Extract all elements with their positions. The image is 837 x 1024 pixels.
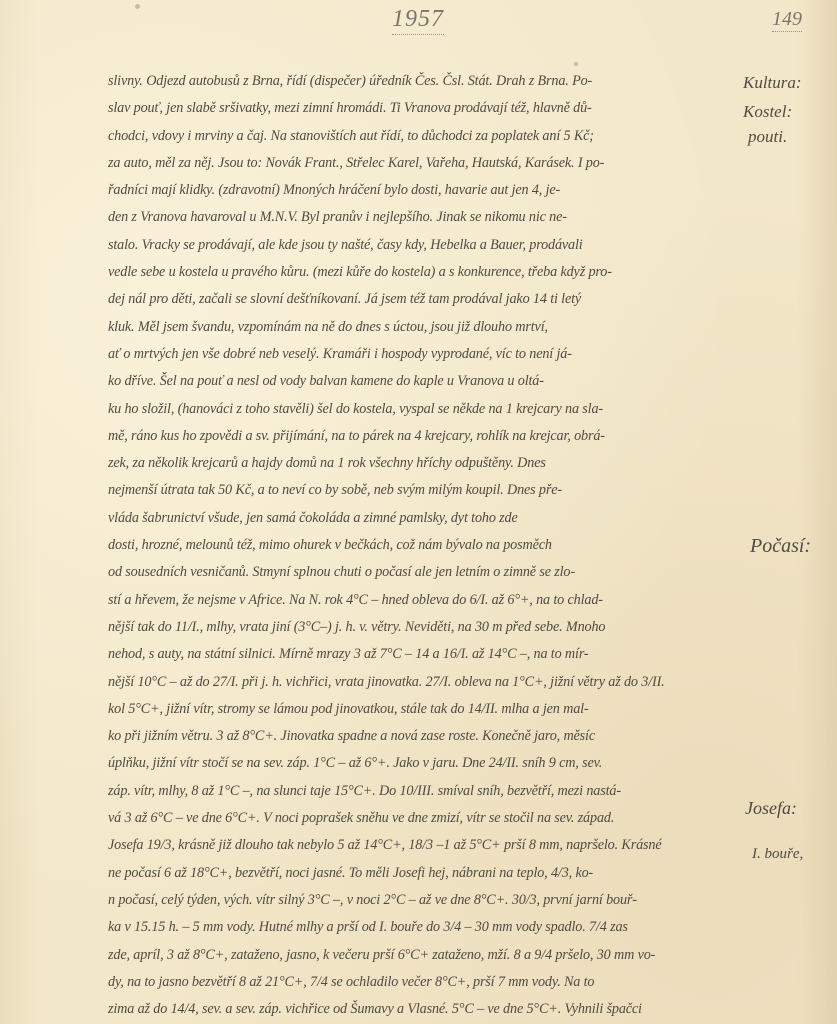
text-line: dej nál pro děti, začali se slovní dešťn… [108, 286, 773, 313]
manuscript-page: 1957 149 Kultura: Kostel: pouti. Počasí:… [0, 0, 837, 1024]
text-line: kluk. Měl jsem švandu, vzpomínám na ně d… [108, 314, 773, 341]
text-line: od sousedních vesničanů. Stmyní splnou c… [108, 559, 773, 586]
text-line: nejmenší útrata tak 50 Kč, a to neví co … [108, 477, 773, 504]
text-line: zima až do 14/4, sev. a sev. záp. vichři… [108, 996, 773, 1023]
text-line: vláda šabrunictví všude, jen samá čokolá… [108, 505, 773, 532]
text-line: stí a hřevem, že nejsme v Africe. Na N. … [108, 587, 773, 614]
text-line: nější 10°C – až do 27/I. při j. h. vichř… [108, 669, 773, 696]
text-line: ne počasí 6 až 18°C+, bezvětří, noci jas… [108, 860, 773, 887]
text-line: stalo. Vracky se prodávají, ale kde jsou… [108, 232, 773, 259]
text-line: ka v 15.15 h. – 5 mm vody. Hutné mlhy a … [108, 914, 773, 941]
text-line: slivny. Odjezd autobusů z Brna, řídí (di… [108, 68, 773, 95]
text-line: nější tak do 11/I., mlhy, vrata jiní (3°… [108, 614, 773, 641]
text-line: nehod, s auty, na státní silnici. Mírně … [108, 641, 773, 668]
text-line: zde, apríl, 3 až 8°C+, zataženo, jasno, … [108, 942, 773, 969]
text-line: ku ho složil, (hanováci z toho stavěli) … [108, 396, 773, 423]
text-line: slav pouť, jen slabě sršivatky, mezi zim… [108, 95, 773, 122]
text-line: n počasí, celý týden, vých. vítr silný 3… [108, 887, 773, 914]
text-line: ať o mrtvých jen vše dobré neb veselý. K… [108, 341, 773, 368]
text-line: úplňku, jižní vítr stočí se na sev. záp.… [108, 750, 773, 777]
text-line: ko dříve. Šel na pouť a nesl od vody bal… [108, 368, 773, 395]
text-line: záp. vítr, mlhy, 8 až 1°C –, na slunci t… [108, 778, 773, 805]
text-line: kol 5°C+, jižní vítr, stromy se lámou po… [108, 696, 773, 723]
text-line: Josefa 19/3, krásně již dlouho tak nebyl… [108, 832, 773, 859]
text-line: chodci, vdovy i mrviny a čaj. Na stanovi… [108, 123, 773, 150]
text-line: den z Vranova havaroval u M.N.V. Byl pra… [108, 204, 773, 231]
handwritten-body-text: slivny. Odjezd autobusů z Brna, řídí (di… [108, 68, 773, 1023]
text-line: za auto, měl za něj. Jsou to: Novák Fran… [108, 150, 773, 177]
ink-spot [135, 4, 140, 9]
text-line: dy, na to jasno bezvětří 8 až 21°C+, 7/4… [108, 969, 773, 996]
text-line: zek, za několik krejcarů a hajdy domů na… [108, 450, 773, 477]
text-line: vá 3 až 6°C – ve dne 6°C+. V noci popraš… [108, 805, 773, 832]
page-year-heading: 1957 [392, 6, 444, 35]
text-line: vedle sebe u kostela u pravého kůru. (me… [108, 259, 773, 286]
ink-spot [574, 62, 578, 66]
text-line: dosti, hrozné, melounů též, mimo ohurek … [108, 532, 773, 559]
text-line: mě, ráno kus ho zpovědi a sv. přijímání,… [108, 423, 773, 450]
text-line: ko při jižním větru. 3 až 8°C+. Jinovatk… [108, 723, 773, 750]
text-line: řadníci mají klidky. (zdravotní) Mnoných… [108, 177, 773, 204]
page-number: 149 [772, 8, 802, 32]
